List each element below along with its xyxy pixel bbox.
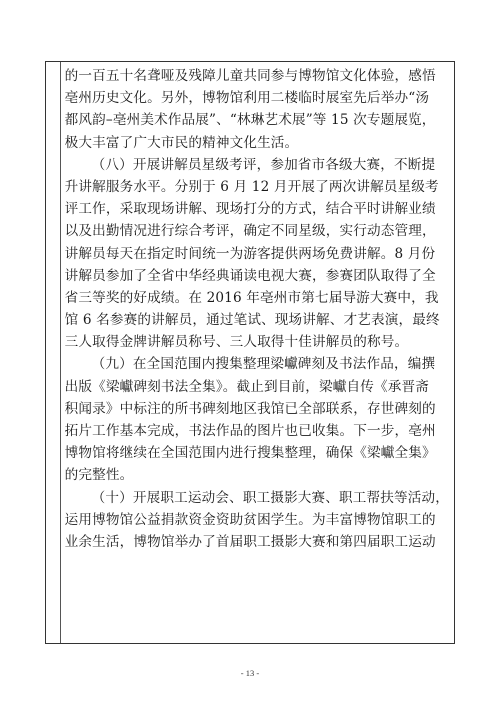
document-table: 的一百五十名聋哑及残障儿童共同参与博物馆文化体验，感悟 亳州历史文化。另外，博物… bbox=[45, 61, 455, 644]
text-line: 讲解员每天在指定时间统一为游客提供两场免费讲解。8 月份 bbox=[65, 243, 449, 265]
text-line: 省三等奖的好成绩。在 2016 年亳州市第七届导游大赛中，我 bbox=[65, 287, 449, 309]
text-line: 馆 6 名参赛的讲解员，通过笔试、现场讲解、才艺表演，最终 bbox=[65, 309, 449, 331]
text-line: 业余生活，博物馆举办了首届职工摄影大赛和第四届职工运动 bbox=[65, 531, 449, 553]
text-line: 博物馆将继续在全国范围内进行搜集整理，确保《梁巘全集》 bbox=[65, 442, 449, 464]
text-line: 的一百五十名聋哑及残障儿童共同参与博物馆文化体验，感悟 bbox=[65, 65, 449, 87]
text-line: 都风韵–亳州美术作品展”、“林琳艺术展”等 15 次专题展览， bbox=[65, 109, 449, 131]
text-line: 拓片工作基本完成，书法作品的图片也已收集。下一步，亳州 bbox=[65, 420, 449, 442]
text-line: 运用博物馆公益捐款资金资助贫困学生。为丰富博物馆职工的 bbox=[65, 509, 449, 531]
table-content-cell: 的一百五十名聋哑及残障儿童共同参与博物馆文化体验，感悟 亳州历史文化。另外，博物… bbox=[61, 62, 454, 643]
text-line: 升讲解服务水平。分别于 6 月 12 月开展了两次讲解员星级考 bbox=[65, 176, 449, 198]
text-line: 亳州历史文化。另外，博物馆利用二楼临时展室先后举办“汤 bbox=[65, 87, 449, 109]
text-line: 三人取得金牌讲解员称号、三人取得十佳讲解员的称号。 bbox=[65, 331, 449, 353]
text-line: 以及出勤情况进行综合考评，确定不同星级，实行动态管理， bbox=[65, 220, 449, 242]
text-line: 评工作，采取现场讲解、现场打分的方式，结合平时讲解业绩 bbox=[65, 198, 449, 220]
section-heading-line: （八）开展讲解员星级考评，参加省市各级大赛，不断提 bbox=[65, 154, 449, 176]
text-line: 出版《梁巘碑刻书法全集》。截止到目前，梁巘自传《承晋斋 bbox=[65, 376, 449, 398]
text-line: 积闻录》中标注的所书碑刻地区我馆已全部联系，存世碑刻的 bbox=[65, 398, 449, 420]
table-left-column bbox=[46, 62, 61, 643]
text-line: 的完整性。 bbox=[65, 464, 449, 486]
text-line: 极大丰富了广大市民的精神文化生活。 bbox=[65, 132, 449, 154]
section-heading-line: （九）在全国范围内搜集整理梁巘碑刻及书法作品，编撰 bbox=[65, 353, 449, 375]
section-heading-line: （十）开展职工运动会、职工摄影大赛、职工帮扶等活动， bbox=[65, 487, 449, 509]
page-number: - 13 - bbox=[0, 668, 500, 678]
text-line: 讲解员参加了全省中华经典诵读电视大赛，参赛团队取得了全 bbox=[65, 265, 449, 287]
